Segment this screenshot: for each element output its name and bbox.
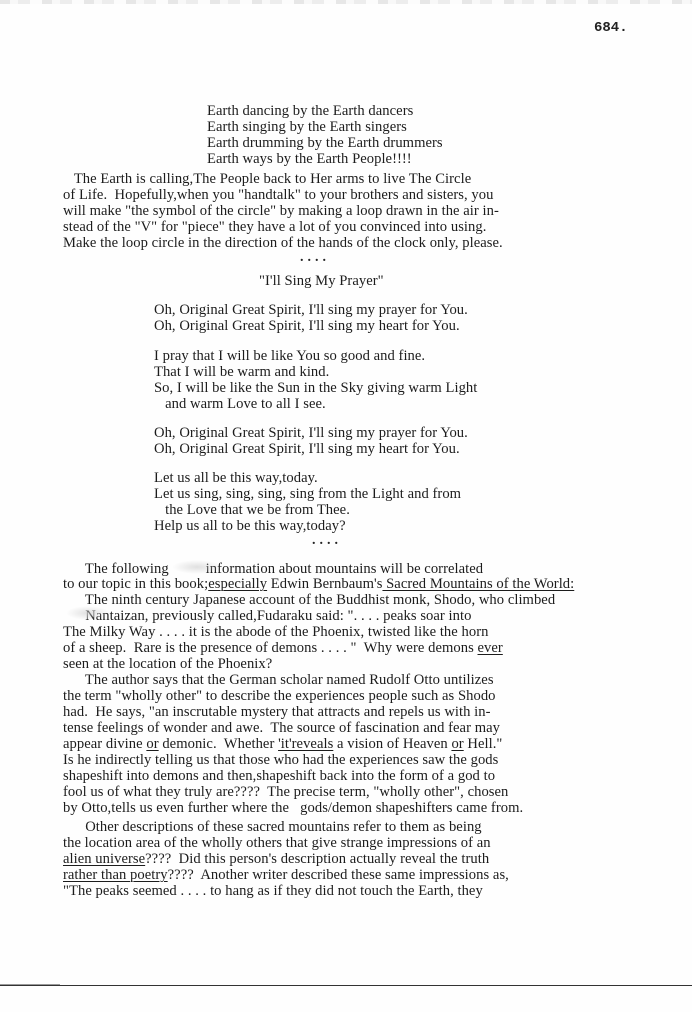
body-line: the location area of the wholly others t… xyxy=(63,836,491,852)
scan-smudge xyxy=(172,560,222,574)
body-line: the term "wholly other" to describe the … xyxy=(63,689,496,705)
body-line: tense feelings of wonder and awe. The so… xyxy=(63,721,500,737)
poem-line: Oh, Original Great Spirit, I'll sing my … xyxy=(154,442,460,458)
poem-line: So, I will be like the Sun in the Sky gi… xyxy=(154,381,477,397)
paragraph-line: of Life. Hopefully,when you "handtalk" t… xyxy=(63,188,493,204)
underlined-text: 'it'reveals xyxy=(278,736,333,752)
text-run: of a sheep. Rare is the presence of demo… xyxy=(63,640,478,656)
body-line: fool us of what they truly are???? The p… xyxy=(63,785,508,801)
poem-line: Oh, Original Great Spirit, I'll sing my … xyxy=(154,319,460,335)
poem-line: That I will be warm and kind. xyxy=(154,365,329,381)
body-line: shapeshift into demons and then,shapeshi… xyxy=(63,769,495,785)
underlined-text: rather than poetry xyxy=(63,867,168,883)
scan-edge-noise xyxy=(0,0,692,4)
page-bottom-rule xyxy=(0,985,692,986)
body-line: The author says that the German scholar … xyxy=(63,673,494,689)
body-line: had. He says, "an inscrutable mystery th… xyxy=(63,705,491,721)
stanza-line: Earth dancing by the Earth dancers xyxy=(207,104,413,120)
text-run: Hell." xyxy=(464,736,503,752)
poem-line: the Love that we be from Thee. xyxy=(154,503,350,519)
document-page: 684. Earth dancing by the Earth dancers … xyxy=(0,0,692,1012)
poem-line: I pray that I will be like You so good a… xyxy=(154,349,425,365)
stanza-line: Earth singing by the Earth singers xyxy=(207,120,407,136)
text-run: ???? Another writer described these same… xyxy=(168,867,509,883)
poem-title: "I'll Sing My Prayer" xyxy=(259,274,384,290)
underlined-text: or xyxy=(146,736,158,752)
paragraph-line: Make the loop circle in the direction of… xyxy=(63,236,503,252)
body-line: Other descriptions of these sacred mount… xyxy=(63,820,482,836)
body-line: seen at the location of the Phoenix? xyxy=(63,657,272,673)
body-line: alien universe???? Did this person's des… xyxy=(63,852,489,868)
poem-line: Oh, Original Great Spirit, I'll sing my … xyxy=(154,303,468,319)
stanza-line: Earth ways by the Earth People!!!! xyxy=(207,152,412,168)
scan-smudge xyxy=(66,606,110,620)
text-run: to our topic in this book; xyxy=(63,576,208,592)
section-separator: .... xyxy=(312,533,342,549)
stanza-line: Earth drumming by the Earth drummers xyxy=(207,136,443,152)
body-line: to our topic in this book;especially Edw… xyxy=(63,577,574,593)
body-line: The Milky Way . . . . it is the abode of… xyxy=(63,625,488,641)
underlined-text: alien universe xyxy=(63,851,145,867)
text-run: Edwin Bernbaum's xyxy=(267,576,382,592)
underlined-text: especially xyxy=(208,576,267,592)
body-line: Is he indirectly telling us that those w… xyxy=(63,753,498,769)
book-title-underlined: Sacred Mountains of the World: xyxy=(382,576,574,592)
body-line: "The peaks seemed . . . . to hang as if … xyxy=(63,884,483,900)
text-run: demonic. Whether xyxy=(159,736,278,752)
poem-line: Let us all be this way,today. xyxy=(154,471,318,487)
text-run: appear divine xyxy=(63,736,146,752)
paragraph-line: stead of the "V" for "piece" they have a… xyxy=(63,220,486,236)
section-separator: .... xyxy=(300,250,330,266)
paragraph-line: will make "the symbol of the circle" by … xyxy=(63,204,499,220)
body-line: rather than poetry???? Another writer de… xyxy=(63,868,509,884)
underlined-text: or xyxy=(451,736,463,752)
paragraph-line: The Earth is calling,The People back to … xyxy=(63,172,471,188)
poem-line: and warm Love to all I see. xyxy=(154,397,326,413)
body-line: The ninth century Japanese account of th… xyxy=(63,593,555,609)
body-line: by Otto,tells us even further where the … xyxy=(63,801,523,817)
body-line: of a sheep. Rare is the presence of demo… xyxy=(63,641,503,657)
poem-line: Oh, Original Great Spirit, I'll sing my … xyxy=(154,426,468,442)
body-line: appear divine or demonic. Whether 'it're… xyxy=(63,737,502,753)
text-run: ???? Did this person's description actua… xyxy=(145,851,489,867)
page-number: 684. xyxy=(594,20,628,36)
poem-line: Let us sing, sing, sing, sing from the L… xyxy=(154,487,461,503)
body-line: Nantaizan, previously called,Fudaraku sa… xyxy=(63,609,471,625)
text-run: a vision of Heaven xyxy=(333,736,451,752)
underlined-text: ever xyxy=(478,640,503,656)
